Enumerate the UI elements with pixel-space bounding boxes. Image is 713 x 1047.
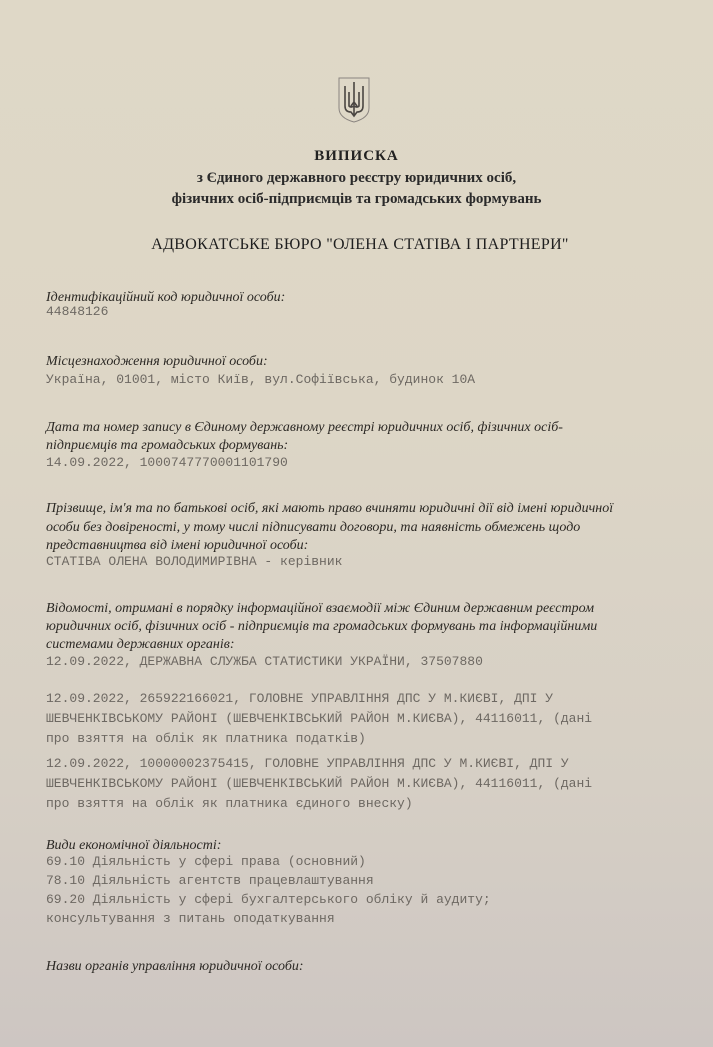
signatories-label-line2: особи без довіреності, у тому числі підп… bbox=[46, 518, 686, 538]
registration-value: 14.09.2022, 1000747770001101790 bbox=[46, 453, 686, 473]
interaction-label-line2: юридичних осіб, фізичних осіб - підприєм… bbox=[46, 617, 686, 637]
interaction-entry-2-line1: 12.09.2022, 265922166021, ГОЛОВНЕ УПРАВЛ… bbox=[46, 689, 686, 709]
interaction-entry-3-line1: 12.09.2022, 10000002375415, ГОЛОВНЕ УПРА… bbox=[46, 754, 686, 774]
management-bodies-label: Назви органів управління юридичної особи… bbox=[46, 957, 686, 977]
document-subtitle-line2: фізичних осіб-підприємців та громадських… bbox=[0, 191, 713, 208]
organization-name: АДВОКАТСЬКЕ БЮРО "ОЛЕНА СТАТІВА І ПАРТНЕ… bbox=[100, 236, 620, 254]
interaction-entry-3-line3: про взяття на облік як платника єдиного … bbox=[46, 794, 686, 814]
document-title: ВИПИСКА bbox=[0, 148, 713, 165]
document-subtitle-line1: з Єдиного державного реєстру юридичних о… bbox=[0, 170, 713, 187]
economic-activity-item: консультування з питань оподаткування bbox=[46, 909, 686, 929]
signatories-value: СТАТІВА ОЛЕНА ВОЛОДИМИРІВНА - керівник bbox=[46, 552, 686, 572]
economic-activity-item: 69.10 Діяльність у сфері права (основний… bbox=[46, 852, 686, 872]
ukraine-trident-icon bbox=[337, 76, 371, 124]
signatories-label-line1: Прізвище, ім'я та по батькові осіб, які … bbox=[46, 499, 686, 519]
id-code-value: 44848126 bbox=[46, 302, 686, 322]
location-value: Україна, 01001, місто Київ, вул.Софіївсь… bbox=[46, 370, 686, 390]
interaction-entry-2-line3: про взяття на облік як платника податків… bbox=[46, 729, 686, 749]
economic-activity-item: 78.10 Діяльність агентств працевлаштуван… bbox=[46, 871, 686, 891]
interaction-entry-2-line2: ШЕВЧЕНКІВСЬКОМУ РАЙОНІ (ШЕВЧЕНКІВСЬКИЙ Р… bbox=[46, 709, 686, 729]
interaction-entry-1: 12.09.2022, ДЕРЖАВНА СЛУЖБА СТАТИСТИКИ У… bbox=[46, 652, 686, 672]
interaction-entry-3-line2: ШЕВЧЕНКІВСЬКОМУ РАЙОНІ (ШЕВЧЕНКІВСЬКИЙ Р… bbox=[46, 774, 686, 794]
registry-extract-document: ВИПИСКА з Єдиного державного реєстру юри… bbox=[0, 0, 713, 1047]
location-label: Місцезнаходження юридичної особи: bbox=[46, 352, 686, 372]
interaction-label-line1: Відомості, отримані в порядку інформацій… bbox=[46, 599, 686, 619]
economic-activity-item: 69.20 Діяльність у сфері бухгалтерського… bbox=[46, 890, 686, 910]
registration-label-line1: Дата та номер запису в Єдиному державном… bbox=[46, 418, 686, 438]
